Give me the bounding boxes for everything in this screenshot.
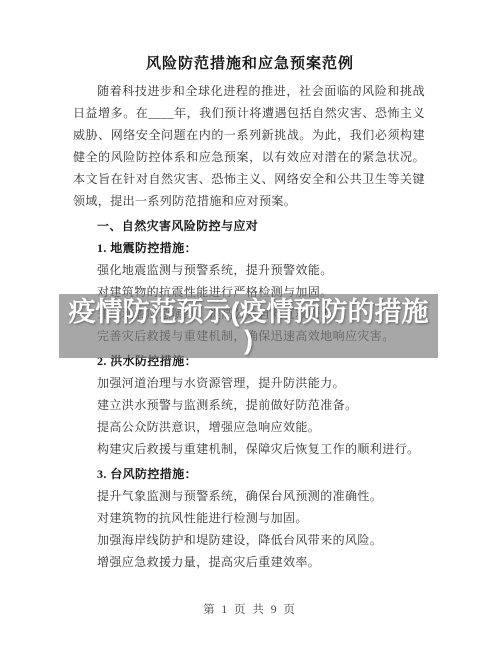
item-heading-earthquake: 1. 地震防控措施： bbox=[97, 237, 425, 259]
measure-line: 对建筑物的抗风性能进行检测与加固。 bbox=[97, 507, 425, 529]
measure-line: 提高公众防洪意识，增强应急响应效能。 bbox=[97, 416, 425, 438]
page-footer: 第 1 页 共 9 页 bbox=[0, 602, 500, 618]
measure-line: 提升气象监测与预警系统，确保台风预测的准确性。 bbox=[97, 485, 425, 507]
measure-line: 加强河道治理与水资源管理，提升防洪能力。 bbox=[97, 372, 425, 394]
overlay-banner: 疫情防范预示(疫情预防的措施 ) bbox=[59, 294, 438, 358]
measure-line: 构建灾后救援与重建机制，保障灾后恢复工作的顺利进行。 bbox=[97, 438, 425, 460]
overlay-title-line2: ) bbox=[244, 326, 253, 354]
measure-line: 增强应急救援力量，提高灾后重建效率。 bbox=[97, 551, 425, 573]
section-heading-natural-disaster: 一、自然灾害风险防控与应对 bbox=[97, 215, 425, 237]
document-page: 风险防范措施和应急预案范例 随着科技进步和全球化进程的推进，社会面临的风险和挑战… bbox=[0, 0, 500, 647]
measure-line: 加强海岸线防护和堤防建设，降低台风带来的风险。 bbox=[97, 529, 425, 551]
measure-line: 建立洪水预警与监测系统，提前做好防范准备。 bbox=[97, 394, 425, 416]
item-heading-typhoon: 3. 台风防控措施： bbox=[97, 463, 425, 485]
overlay-title-line1: 疫情防范预示(疫情预防的措施 bbox=[69, 298, 429, 326]
document-title: 风险防范措施和应急预案范例 bbox=[0, 54, 500, 74]
measure-line: 强化地震监测与预警系统，提升预警效能。 bbox=[97, 259, 425, 281]
intro-paragraph: 随着科技进步和全球化进程的推进，社会面临的风险和挑战日益增多。在____年，我们… bbox=[73, 80, 425, 212]
